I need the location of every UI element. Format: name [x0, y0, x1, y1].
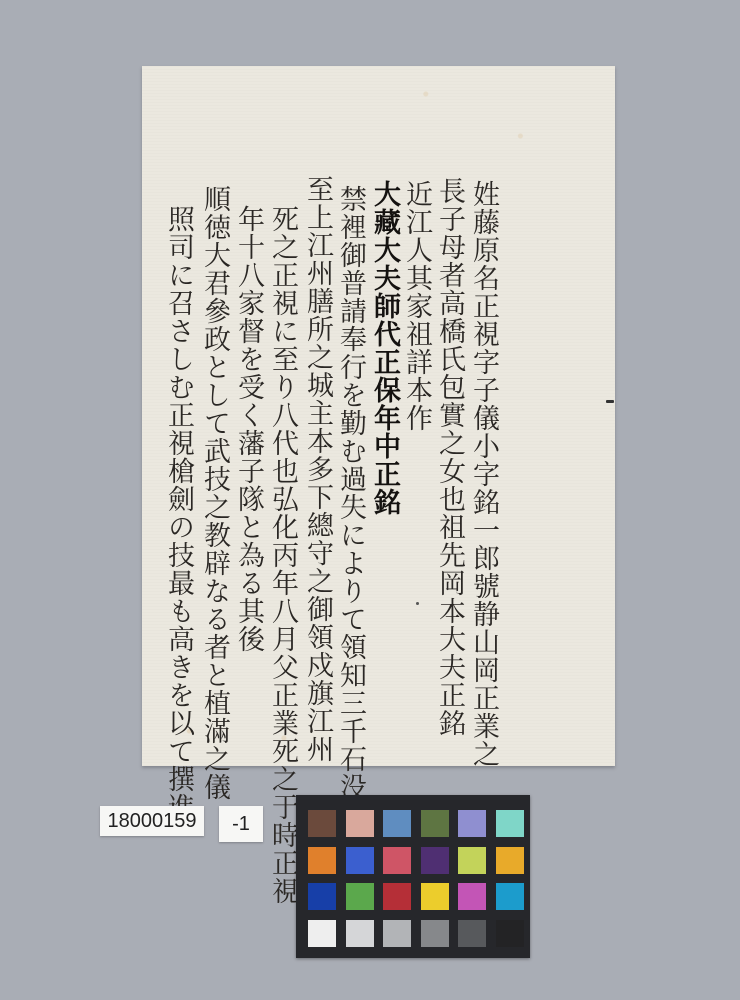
color-patch — [383, 920, 411, 947]
text-column: 姓藤原名正視字子儀小字銘一郎號静山岡正業之 — [468, 180, 498, 768]
sheet-number-label: -1 — [219, 806, 263, 842]
color-patch — [496, 847, 524, 874]
color-patch — [383, 847, 411, 874]
color-patch — [346, 810, 374, 837]
color-patch — [496, 810, 524, 837]
color-patch — [421, 883, 449, 910]
text-column: 照司に召さしむ正視槍劍の技最も高きを以て撰進 — [163, 205, 193, 821]
color-patch — [308, 920, 336, 947]
text-column: 年十八家督を受く藩子隊と為る其後 — [233, 205, 263, 653]
text-column: 長子母者高橋氏包實之女也祖先岡本大夫正銘 — [434, 177, 464, 737]
color-patch — [496, 920, 524, 947]
color-patch — [421, 847, 449, 874]
color-patch — [458, 810, 486, 837]
text-column: 死之正視に至り八代也弘化丙年八月父正業死之于時正視 — [267, 205, 297, 905]
ink-mark — [606, 400, 614, 403]
color-patch — [496, 883, 524, 910]
color-patch — [308, 883, 336, 910]
color-patch — [383, 810, 411, 837]
color-patch — [458, 920, 486, 947]
color-patch — [383, 883, 411, 910]
color-patch — [308, 847, 336, 874]
color-patch — [421, 810, 449, 837]
text-column: 大藏大夫師代正保年中正銘 — [369, 180, 399, 516]
color-patch — [346, 920, 374, 947]
color-patch — [346, 847, 374, 874]
color-patch — [458, 883, 486, 910]
color-patch-grid — [308, 810, 524, 947]
text-column: 順徳大君參政として武技之教辟なる者と植滿之儀 — [199, 185, 229, 801]
color-checker-card — [296, 795, 530, 958]
text-column: 至上江州膳所之城主本多下總守之御領戍旗江州 — [302, 175, 332, 763]
ink-dot — [416, 602, 419, 605]
color-patch — [458, 847, 486, 874]
color-patch — [346, 883, 374, 910]
color-patch — [421, 920, 449, 947]
color-patch — [308, 810, 336, 837]
catalog-number-label: 18000159 — [100, 806, 204, 836]
text-column: 禁裡御普請奉行を勤む過失によりて領知三千石没 — [335, 185, 365, 801]
text-column: 近江人其家祖詳本作 — [401, 180, 431, 432]
